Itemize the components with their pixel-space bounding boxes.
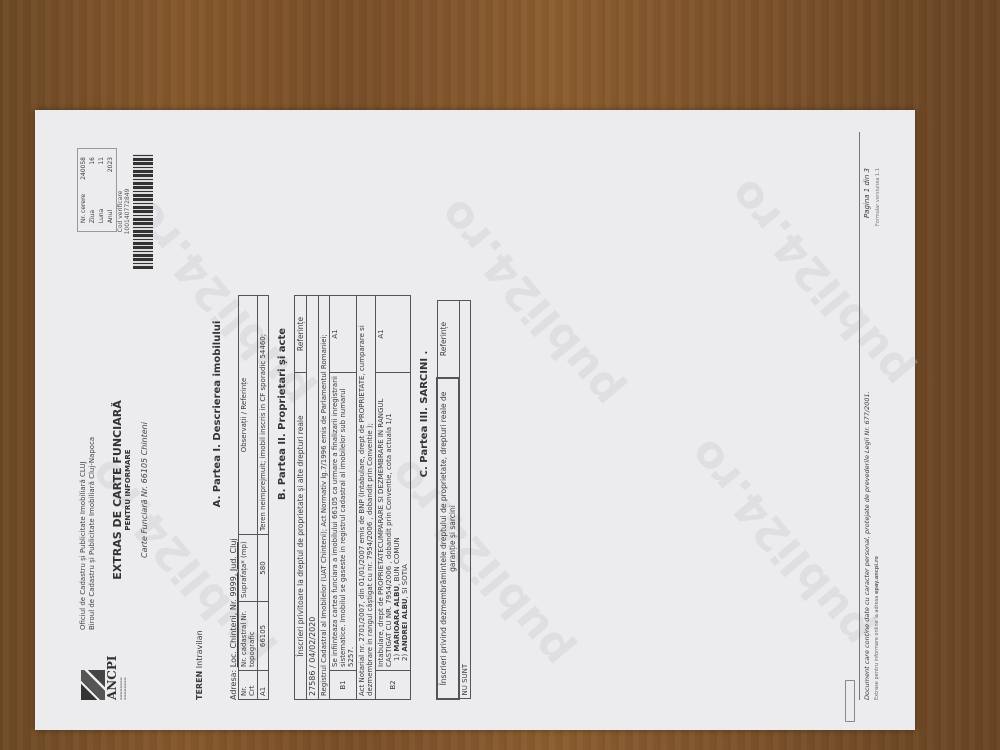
page-number: Pagina 1 din 3 [863, 168, 871, 218]
section-c-title: C. Partea III. SARCINI . [419, 128, 430, 700]
table-row: A1 66105 580 Teren neimprejmuit; imobil … [258, 296, 269, 700]
encumbrances-value: NU SUNT [459, 301, 471, 700]
document-subtitle: PENTRU INFORMARE [124, 380, 132, 600]
request-row: Anul2023 [107, 151, 114, 229]
table-row: B2 Intabulare, drept de PROPRIETATECUMPA… [376, 296, 411, 700]
owner-2: 2) ANDREI ALBU, SI SOTIA [401, 376, 409, 667]
registration-number: 27586 / 04/02/2020 [307, 296, 319, 700]
verification-block: Cod verificare 100140772849 [117, 154, 153, 269]
epay-link: epay.ancpi.ro [874, 556, 880, 594]
document-header: ANCPI ▬▬▬▬▬▬▬▬▬▬▬▬▬▬▬▬ Oficiul de Cadast… [75, 128, 195, 700]
document-footer: Document care conține date cu caracter p… [859, 128, 899, 700]
property-type: TEREN Intravilan [195, 128, 204, 700]
table-row: B1 Se infiinteaza cartea funciara a imob… [330, 296, 357, 700]
barcode [133, 154, 153, 269]
encumbrances-table: Înscrieri privind dezmembrămintele drept… [436, 300, 471, 700]
document-page: publi24.ro publi24.ro publi24.ro publi24… [35, 110, 915, 730]
office-name: Oficiul de Cadastru și Publicitate Imobi… [79, 437, 97, 630]
verification-code: 100140772849 [124, 154, 131, 269]
request-row: Ziua16 [89, 151, 96, 229]
request-info-box: Nr. cerere240058Ziua16Luna11Anul2023 [77, 148, 117, 232]
ancpi-logo-icon [81, 670, 105, 700]
section-a-title: A. Partea I. Descrierea imobilului [212, 128, 223, 700]
title-block: EXTRAS DE CARTE FUNCIARĂ PENTRU INFORMAR… [111, 380, 149, 600]
form-version: Formular versiunea 1.1 [875, 168, 881, 226]
cf-number: Carte Funciară Nr. 66105 Chinteni [140, 380, 149, 600]
document-title: EXTRAS DE CARTE FUNCIARĂ [111, 380, 124, 600]
request-row: Nr. cerere240058 [80, 151, 87, 229]
property-address: Adresa: Loc. Chinteni, Nr. 9999, Jud. Cl… [229, 128, 238, 700]
request-row: Luna11 [98, 151, 105, 229]
owners-table: Înscrieri privitoare la dreptul de propr… [294, 295, 411, 700]
section-b-title: B. Partea II. Proprietari și acte [277, 128, 288, 700]
owner-1: 1) MARIOARA ALBU, BUN COMUN [393, 376, 401, 667]
property-description-table: Nr. Crt Nr. cadastral Nr. topografic Sup… [238, 295, 269, 700]
ancpi-logo: ANCPI ▬▬▬▬▬▬▬▬▬▬▬▬▬▬▬▬ [81, 640, 127, 700]
